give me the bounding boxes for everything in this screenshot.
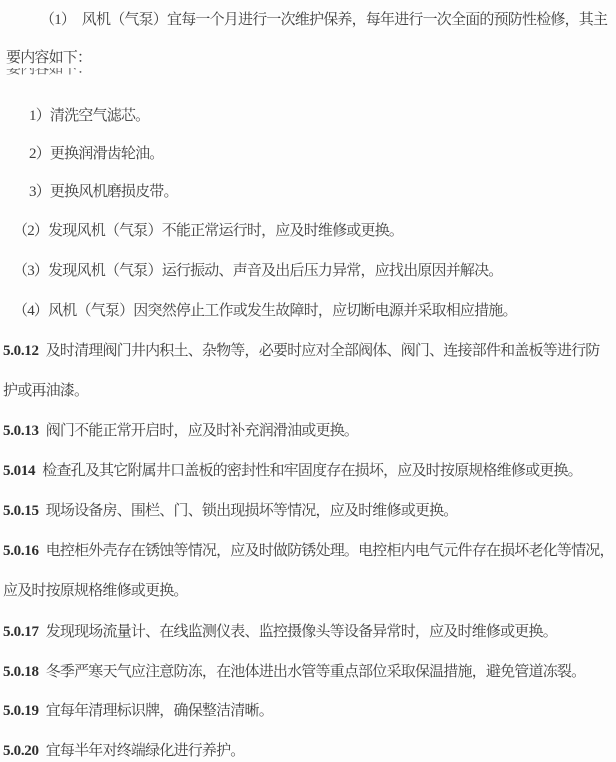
- section-number: 5.0.17: [3, 624, 39, 640]
- section-number: 5.0.18: [3, 664, 39, 680]
- list-item-line: （4）风机（气泵）因突然停止工作或发生故障时，应切断电源并采取相应措施。: [13, 304, 517, 319]
- line-text: （3）发现风机（气泵）运行振动、声音及出后压力异常，应找出原因并解决。: [13, 263, 503, 279]
- list-item-line: 2）更换润滑齿轮油。: [29, 147, 164, 162]
- paragraph-line: 应及时按原规格维修或更换。: [3, 584, 188, 599]
- section-line: 5.0.15现场设备房、围栏、门、锁出现损坏等情况，应及时维修或更换。: [3, 504, 458, 519]
- line-text: 2）更换润滑齿轮油。: [29, 146, 164, 162]
- line-text: 护或再油漆。: [3, 383, 88, 399]
- line-text: （4）风机（气泵）因突然停止工作或发生故障时，应切断电源并采取相应措施。: [13, 303, 517, 319]
- line-text: 现场设备房、围栏、门、锁出现损坏等情况，应及时维修或更换。: [46, 503, 458, 519]
- list-item-line: 1）清洗空气滤芯。: [29, 109, 149, 124]
- section-line: 5.0.19宜每年清理标识牌，确保整洁清晰。: [3, 704, 273, 719]
- document-page: （1） 风机（气泵）宜每一个月进行一次维护保养，每年进行一次全面的预防性检修，其…: [0, 0, 616, 762]
- section-number: 5.0.15: [3, 503, 39, 519]
- section-line: 5.0.18冬季严寒天气应注意防冻，在池体进出水管等重点部位采取保温措施，避免管…: [3, 665, 585, 680]
- list-item-line: （2）发现风机（气泵）不能正常运行时，应及时维修或更换。: [13, 224, 403, 239]
- section-line: 5.0.16电控柜外壳存在锈蚀等情况，应及时做防锈处理。电控柜内电气元件存在损坏…: [3, 544, 614, 559]
- section-number: 5.014: [3, 463, 35, 479]
- line-text: 阀门不能正常开启时，应及时补充润滑油或更换。: [46, 423, 358, 439]
- line-text: （1） 风机（气泵）宜每一个月进行一次维护保养，每年进行一次全面的预防性检修，其…: [40, 12, 607, 28]
- section-line: 5.0.12及时清理阀门井内积土、杂物等，必要时应对全部阀体、阀门、连接部件和盖…: [3, 344, 600, 359]
- section-number: 5.0.13: [3, 423, 39, 439]
- paragraph-line: （1） 风机（气泵）宜每一个月进行一次维护保养，每年进行一次全面的预防性检修，其…: [40, 13, 607, 28]
- section-number: 5.0.12: [3, 343, 39, 359]
- ghost-line-text: 要内容如下：: [6, 68, 91, 77]
- line-text: 应及时按原规格维修或更换。: [3, 583, 188, 599]
- line-text: 电控柜外壳存在锈蚀等情况，应及时做防锈处理。电控柜内电气元件存在损坏老化等情况，: [46, 543, 614, 559]
- line-text: 宜每年清理标识牌，确保整洁清晰。: [46, 703, 273, 719]
- line-text: 检查孔及其它附属井口盖板的密封性和牢固度存在损坏，应及时按原规格维修或更换。: [42, 463, 582, 479]
- section-number: 5.0.19: [3, 703, 39, 719]
- line-text: 及时清理阀门井内积土、杂物等，必要时应对全部阀体、阀门、连接部件和盖板等进行防: [46, 343, 600, 359]
- line-text: 发现现场流量计、在线监测仪表、监控摄像头等设备异常时，应及时维修或更换。: [46, 624, 557, 640]
- section-number: 5.0.16: [3, 543, 39, 559]
- section-line: 5.0.17发现现场流量计、在线监测仪表、监控摄像头等设备异常时，应及时维修或更…: [3, 625, 557, 640]
- line-text: 冬季严寒天气应注意防冻，在池体进出水管等重点部位采取保温措施，避免管道冻裂。: [46, 664, 586, 680]
- scan-artifact-ghost-line: 要内容如下：: [6, 68, 91, 78]
- list-item-line: （3）发现风机（气泵）运行振动、声音及出后压力异常，应找出原因并解决。: [13, 264, 503, 279]
- list-item-line: 3）更换风机磨损皮带。: [29, 185, 178, 200]
- paragraph-line: 护或再油漆。: [3, 384, 88, 399]
- paragraph-line: 要内容如下：: [6, 51, 91, 66]
- section-number: 5.0.20: [3, 743, 39, 759]
- line-text: 1）清洗空气滤芯。: [29, 108, 149, 124]
- line-text: （2）发现风机（气泵）不能正常运行时，应及时维修或更换。: [13, 223, 403, 239]
- section-line: 5.0.20宜每半年对终端绿化进行养护。: [3, 744, 245, 759]
- line-text: 宜每半年对终端绿化进行养护。: [46, 743, 245, 759]
- section-line: 5.014检查孔及其它附属井口盖板的密封性和牢固度存在损坏，应及时按原规格维修或…: [3, 464, 582, 479]
- line-text: 3）更换风机磨损皮带。: [29, 184, 178, 200]
- line-text: 要内容如下：: [6, 50, 91, 66]
- section-line: 5.0.13阀门不能正常开启时，应及时补充润滑油或更换。: [3, 424, 358, 439]
